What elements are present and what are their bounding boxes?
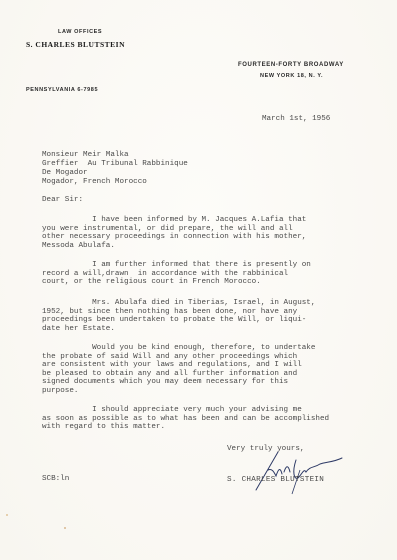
paper-speck [64,527,66,529]
letterhead-address-line1: FOURTEEN-FORTY BROADWAY [238,62,344,68]
body-paragraph: I have been informed by M. Jacques A.Laf… [42,216,397,250]
body-paragraph: Mrs. Abulafa died in Tiberias, Israel, i… [42,299,397,333]
letterhead-firm-name: S. CHARLES BLUTSTEIN [26,40,125,49]
recipient-line: Greffier Au Tribunal Rabbinique [42,160,188,169]
recipient-line: Mogador, French Morocco [42,178,147,187]
salutation: Dear Sir: [42,196,83,205]
body-paragraph: I am further informed that there is pres… [42,261,397,287]
recipient-line: De Mogador [42,169,88,178]
handwritten-signature-icon [250,450,360,495]
recipient-line: Monsieur Meir Malka [42,151,129,160]
body-paragraph: Would you be kind enough, therefore, to … [42,344,397,396]
typist-initials: SCB:ln [42,475,69,484]
letterhead-phone: PENNSYLVANIA 6-7985 [26,87,98,93]
letter-page: LAW OFFICES S. CHARLES BLUTSTEIN PENNSYL… [0,0,397,560]
letter-date: March 1st, 1956 [262,115,330,124]
body-paragraph: I should appreciate very much your advis… [42,406,397,432]
signature-name: S. CHARLES BLUTSTEIN [227,476,324,485]
paper-speck [6,514,8,516]
letterhead-address-line2: NEW YORK 18, N. Y. [260,73,323,79]
letterhead-law-offices: LAW OFFICES [58,29,102,35]
